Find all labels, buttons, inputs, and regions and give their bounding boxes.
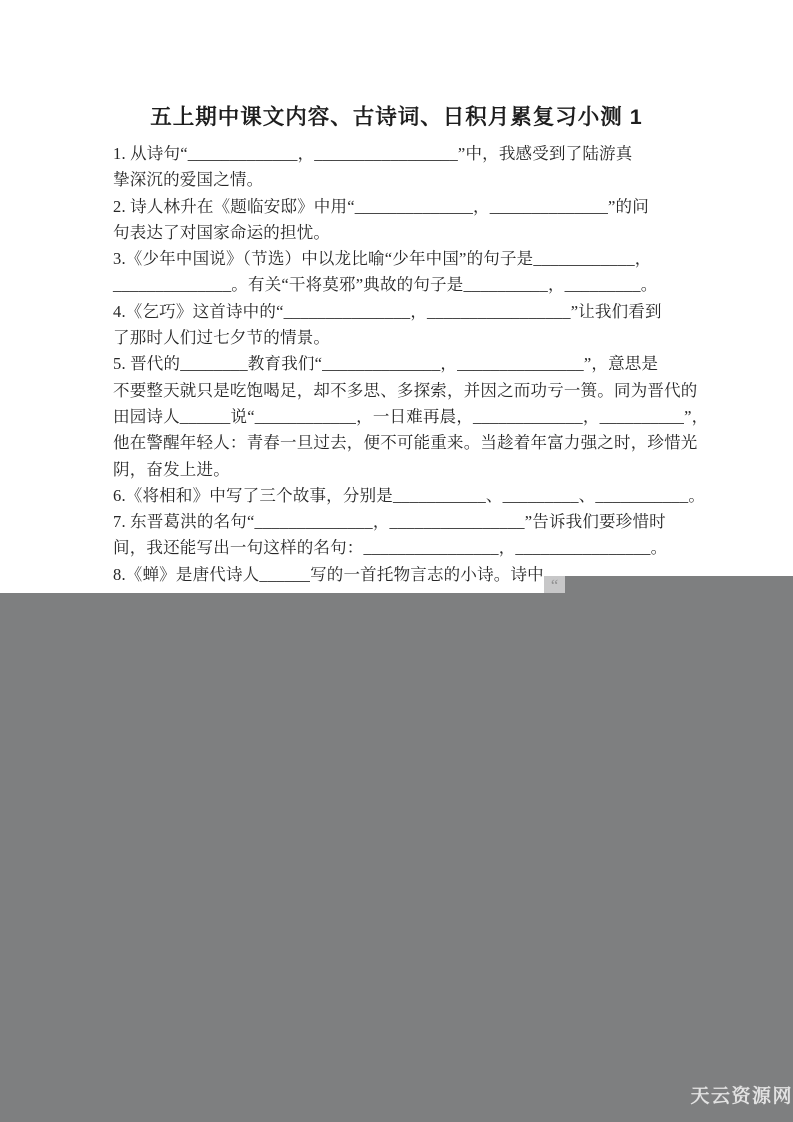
document-text-line: 3.《少年中国说》（节选）中以龙比喻“少年中国”的句子是____________…	[113, 246, 687, 272]
document-text-line: 4.《乞巧》这首诗中的“_______________，____________…	[113, 299, 687, 325]
faded-quote-patch: “	[544, 576, 565, 594]
document-text-line: 6.《将相和》中写了三个故事，分别是___________、_________、…	[113, 483, 687, 509]
document-text-line: 句表达了对国家命运的担忧。	[113, 220, 687, 246]
document-text-line: ______________。有关“干将莫邪”典故的句子是__________，…	[113, 272, 687, 298]
document-text-line: 挚深沉的爱国之情。	[113, 167, 687, 193]
document-page: 五上期中课文内容、古诗词、日积月累复习小测 1 1. 从诗句“_________…	[0, 0, 793, 1122]
question-lines: 1. 从诗句“_____________，_________________”中…	[113, 141, 687, 588]
covered-region-line-strip	[565, 576, 793, 594]
document-text-line: 阴，奋发上进。	[113, 457, 687, 483]
covered-region-main: 天云资源网	[0, 593, 793, 1122]
document-text-line: 不要整天就只是吃饱喝足，却不多思、多探索，并因之而功亏一篑。同为晋代的	[113, 378, 687, 404]
document-text-line: 田园诗人______说“____________，一日难再晨，_________…	[113, 404, 687, 430]
document-text-line: 5. 晋代的________教育我们“______________，______…	[113, 351, 687, 377]
document-text-line: 他在警醒年轻人：青春一旦过去，便不可能重来。当趁着年富力强之时，珍惜光	[113, 430, 687, 456]
document-text-line: 2. 诗人林升在《题临安邸》中用“______________，________…	[113, 194, 687, 220]
document-text-line: 1. 从诗句“_____________，_________________”中…	[113, 141, 687, 167]
document-text-line: 7. 东晋葛洪的名句“______________，______________…	[113, 509, 687, 535]
document-text-line: 间，我还能写出一句这样的名句：________________，________…	[113, 535, 687, 561]
document-title: 五上期中课文内容、古诗词、日积月累复习小测 1	[0, 100, 793, 131]
watermark-text: 天云资源网	[690, 1081, 793, 1108]
document-text-line: 了那时人们过七夕节的情景。	[113, 325, 687, 351]
